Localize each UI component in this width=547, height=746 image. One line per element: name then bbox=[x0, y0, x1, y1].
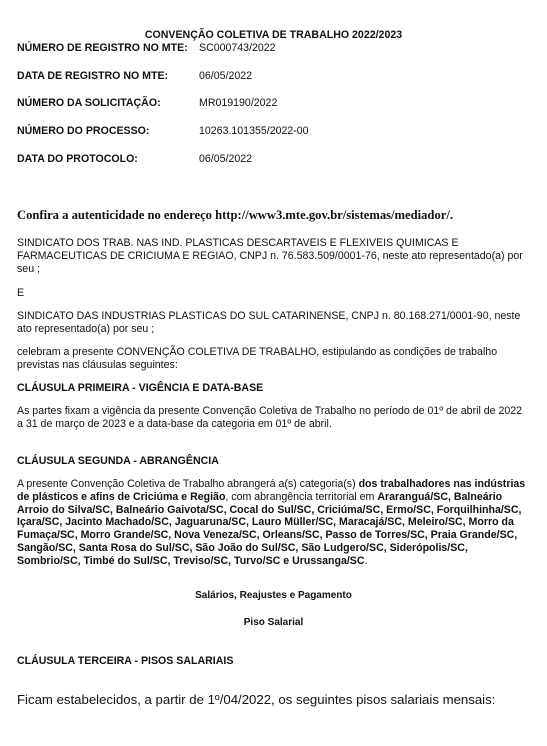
meta-value: 06/05/2022 bbox=[199, 70, 252, 82]
conjunction: E bbox=[17, 287, 527, 300]
clause-3-title: CLÁUSULA TERCEIRA - PISOS SALARIAIS bbox=[17, 655, 233, 667]
clause-2-end: . bbox=[365, 555, 368, 567]
meta-label: NÚMERO DO PROCESSO: bbox=[17, 125, 199, 137]
meta-value: 06/05/2022 bbox=[199, 153, 252, 165]
meta-registration-date: DATA DE REGISTRO NO MTE:06/05/2022 bbox=[17, 70, 537, 82]
meta-value: MR019190/2022 bbox=[199, 97, 277, 109]
meta-label: DATA DO PROTOCOLO: bbox=[17, 153, 199, 165]
clause-1-title: CLÁUSULA PRIMEIRA - VIGÊNCIA E DATA-BASE bbox=[17, 382, 263, 394]
meta-value: SC000743/2022 bbox=[199, 42, 276, 54]
meta-label: NÚMERO DE REGISTRO NO MTE: bbox=[17, 42, 199, 54]
meta-registration-number: NÚMERO DE REGISTRO NO MTE:SC000743/2022 bbox=[17, 42, 537, 54]
meta-request-number: NÚMERO DA SOLICITAÇÃO:MR019190/2022 bbox=[17, 97, 537, 109]
meta-process-number: NÚMERO DO PROCESSO:10263.101355/2022-00 bbox=[17, 125, 537, 137]
party-employers: SINDICATO DAS INDUSTRIAS PLASTICAS DO SU… bbox=[17, 310, 527, 336]
authenticity-notice: Confira a autenticidade no endereço http… bbox=[17, 208, 537, 223]
meta-protocol-date: DATA DO PROTOCOLO:06/05/2022 bbox=[17, 153, 537, 165]
document-title: CONVENÇÃO COLETIVA DE TRABALHO 2022/2023 bbox=[0, 29, 547, 41]
preamble: celebram a presente CONVENÇÃO COLETIVA D… bbox=[17, 346, 527, 372]
clause-2-text: A presente Convenção Coletiva de Trabalh… bbox=[17, 478, 529, 568]
clause-2-middle: , com abrangência territorial em bbox=[225, 491, 377, 503]
meta-value: 10263.101355/2022-00 bbox=[199, 125, 309, 137]
meta-label: NÚMERO DA SOLICITAÇÃO: bbox=[17, 97, 199, 109]
section-title: Salários, Reajustes e Pagamento bbox=[0, 590, 547, 601]
clause-1-text: As partes fixam a vigência da presente C… bbox=[17, 405, 529, 431]
subsection-title: Piso Salarial bbox=[0, 617, 547, 628]
clause-2-title: CLÁUSULA SEGUNDA - ABRANGÊNCIA bbox=[17, 455, 219, 467]
party-employees: SINDICATO DOS TRAB. NAS IND. PLASTICAS D… bbox=[17, 237, 527, 275]
clause-2-intro: A presente Convenção Coletiva de Trabalh… bbox=[17, 478, 359, 490]
meta-label: DATA DE REGISTRO NO MTE: bbox=[17, 70, 199, 82]
clause-3-text: Ficam estabelecidos, a partir de 1º/04/2… bbox=[17, 692, 495, 707]
